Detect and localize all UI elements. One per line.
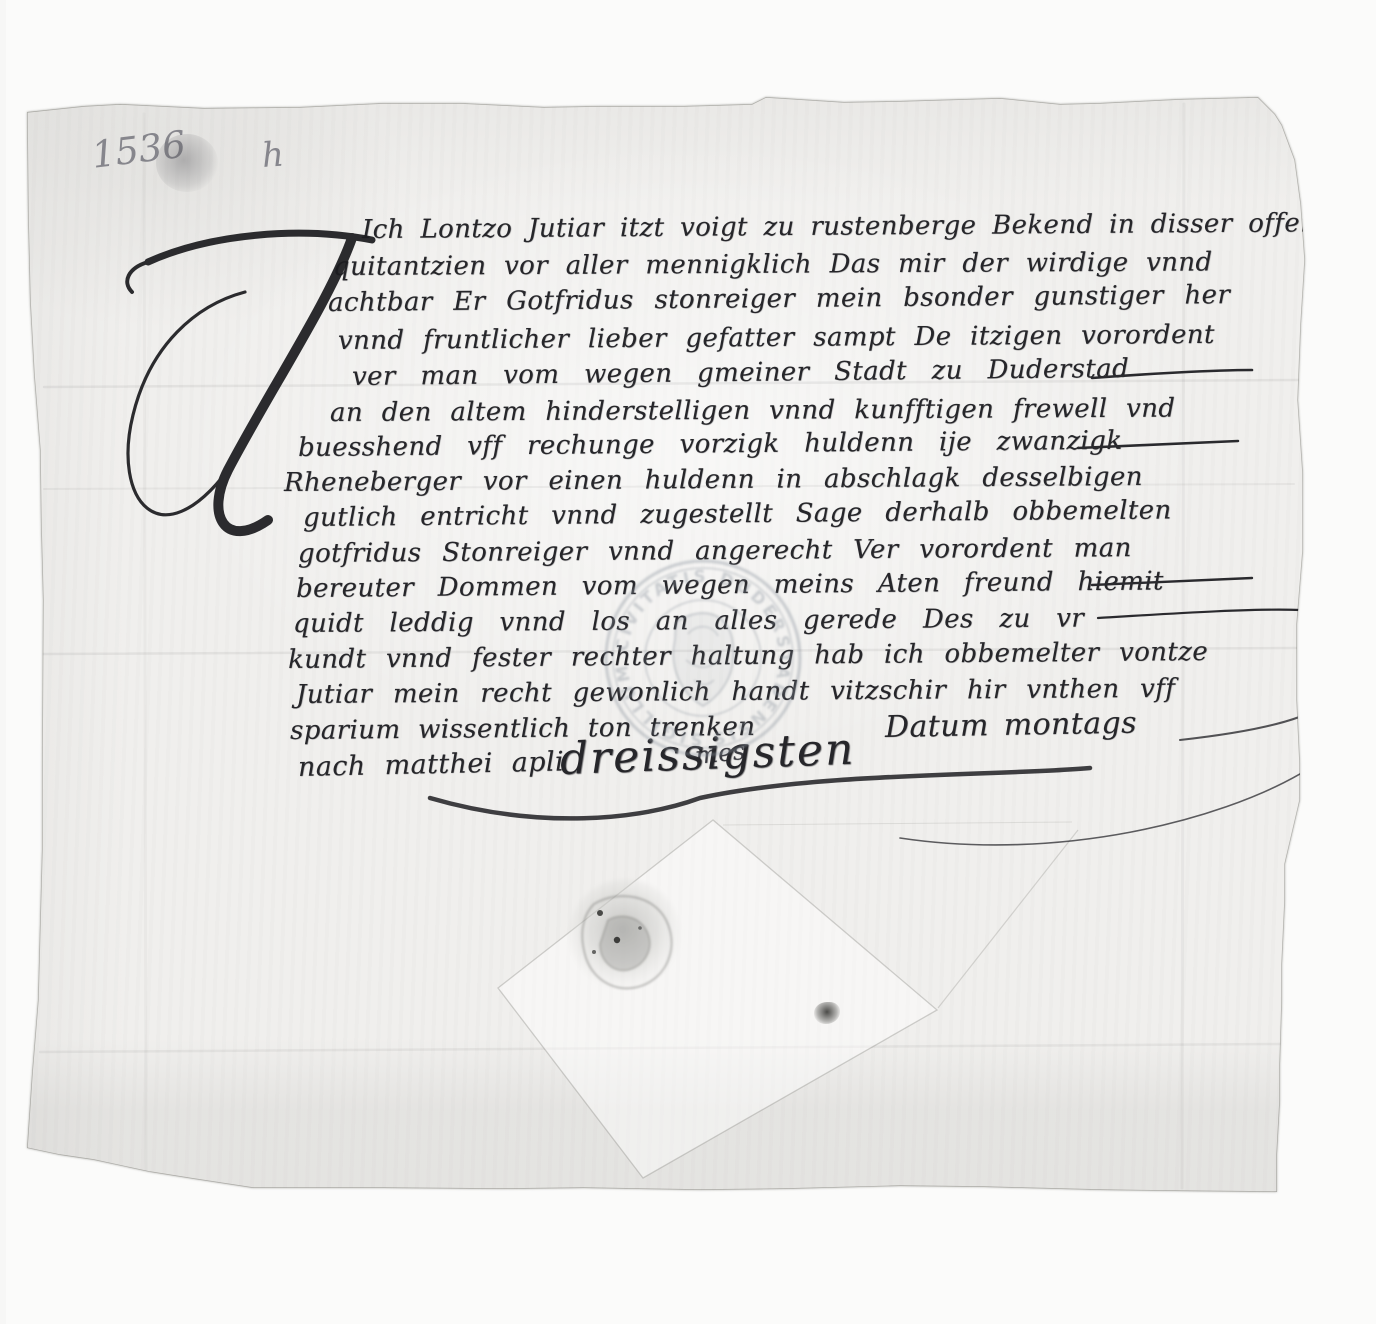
manuscript-line: quitantzien vor aller mennigklich Das mi… — [333, 247, 1213, 282]
manuscript-line: vnnd fruntlicher lieber gefatter sampt D… — [338, 320, 1215, 356]
datum-line: Datum montags — [885, 706, 1137, 745]
year-word-line: dreissigsten — [559, 724, 856, 785]
manuscript-line: buesshend vff rechunge vorzigk huldenn i… — [298, 426, 1123, 463]
manuscript-line: an den altem hinderstelligen vnnd kunfft… — [330, 394, 1176, 428]
saint-day-line: nach matthei apli — [298, 746, 565, 783]
manuscript-line: bereuter Dommen vom wegen meins Aten fre… — [296, 566, 1164, 604]
pencil-letter-annotation: h — [261, 135, 286, 176]
manuscript-line: quidt leddig vnnd los an alles gerede De… — [293, 603, 1084, 639]
scan-background: { "archival_marks": { "year_pencil": "15… — [0, 0, 1376, 1324]
manuscript-line: achtbar Er Gotfridus stonreiger mein bso… — [328, 280, 1230, 318]
ink-stain — [814, 1002, 840, 1024]
manuscript-paper: 1536 h Ich Lontzo Jutiar itzt voigt zu r… — [24, 94, 1309, 1198]
manuscript-line: gotfridus Stonreiger vnnd angerecht Ver … — [298, 533, 1132, 569]
manuscript-line: Jutiar mein recht gewonlich handt vitzsc… — [296, 674, 1175, 710]
seal-fold-impressions — [498, 820, 1078, 1178]
manuscript-line: gutlich entricht vnnd zugestellt Sage de… — [303, 495, 1172, 533]
document-scan: 1536 h Ich Lontzo Jutiar itzt voigt zu r… — [0, 0, 1376, 1324]
wax-seal — [569, 879, 681, 991]
manuscript-line: ver man vom wegen gmeiner Stadt zu Duder… — [352, 354, 1129, 392]
manuscript-line: Rheneberger vor einen huldenn in abschla… — [284, 462, 1143, 498]
pencil-smudge — [156, 134, 218, 192]
manuscript-line: Ich Lontzo Jutiar itzt voigt zu rustenbe… — [362, 208, 1317, 245]
manuscript-line: kundt vnnd fester rechter haltung hab ic… — [288, 637, 1208, 675]
